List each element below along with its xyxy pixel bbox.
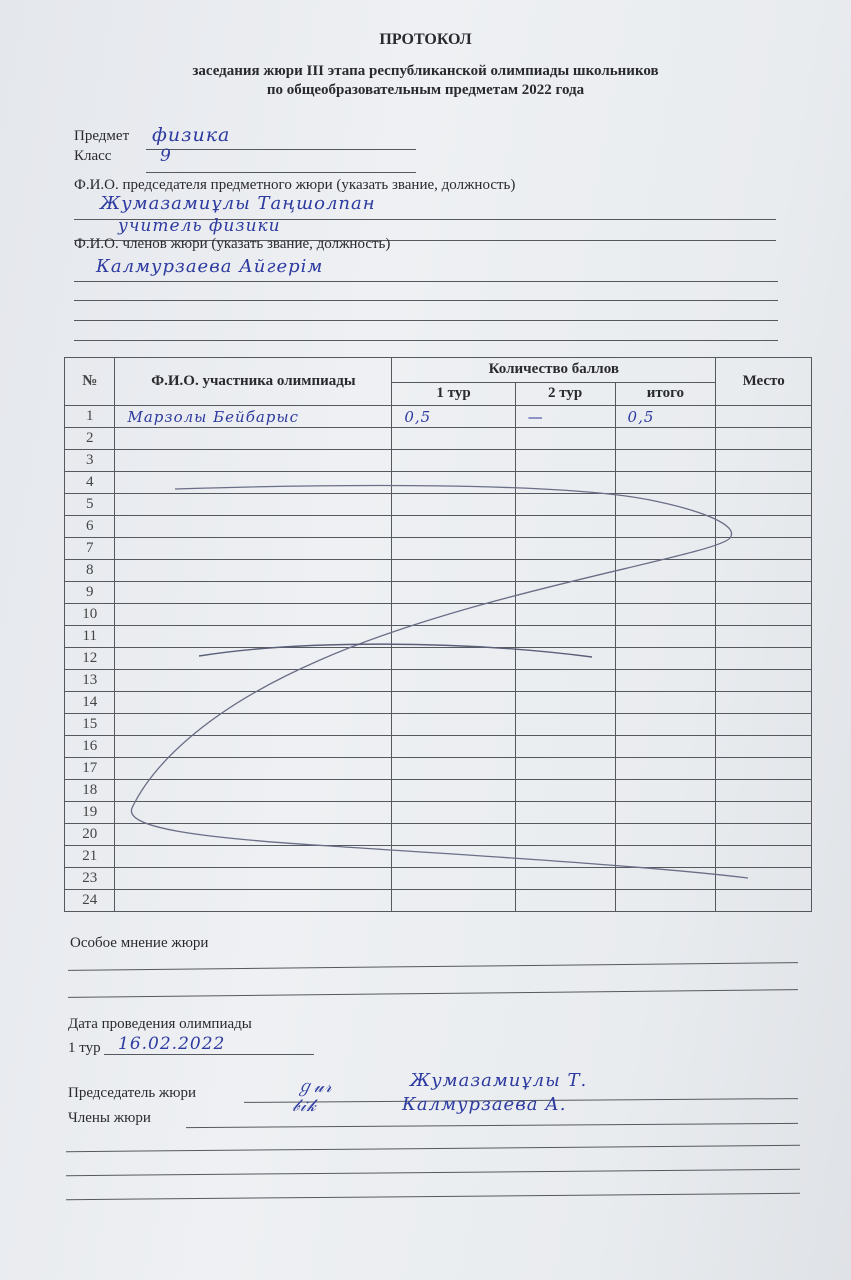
place-cell[interactable]	[716, 428, 812, 450]
place-cell[interactable]	[716, 692, 812, 714]
participant-name-cell[interactable]	[115, 824, 392, 846]
table-row: 23	[65, 868, 812, 890]
round2-score-cell[interactable]	[515, 560, 615, 582]
row-number: 8	[65, 560, 115, 582]
participant-name-cell[interactable]	[115, 714, 392, 736]
total-score-cell[interactable]	[615, 582, 716, 604]
round2-score-cell[interactable]	[515, 428, 615, 450]
round2-score-cell[interactable]	[515, 516, 615, 538]
table-row: 13	[65, 670, 812, 692]
round1-date-value[interactable]: 16.02.2022	[118, 1034, 225, 1054]
members-label: Ф.И.О. членов жюри (указать звание, долж…	[74, 236, 390, 253]
round2-score-cell[interactable]	[515, 802, 615, 824]
place-cell[interactable]	[716, 714, 812, 736]
row-number: 9	[65, 582, 115, 604]
chair-sign-label: Председатель жюри	[68, 1085, 196, 1102]
subject-label: Предмет	[74, 128, 129, 145]
round2-score-cell[interactable]	[515, 494, 615, 516]
round1-score-cell[interactable]	[392, 692, 515, 714]
row-number: 15	[65, 714, 115, 736]
total-score-cell[interactable]	[615, 714, 716, 736]
round1-score-cell[interactable]	[392, 846, 515, 868]
participant-name-cell[interactable]: Марзолы Бейбарыс	[115, 406, 392, 428]
round1-score-cell[interactable]	[392, 736, 515, 758]
total-score-cell[interactable]	[615, 472, 716, 494]
protocol-page: ПРОТОКОЛ заседания жюри III этапа респуб…	[0, 0, 851, 1280]
members-sign-label: Члены жюри	[68, 1110, 151, 1127]
place-cell[interactable]	[716, 450, 812, 472]
date-label: Дата проведения олимпиады	[68, 1016, 252, 1033]
round2-score-cell[interactable]	[515, 868, 615, 890]
round1-score-cell[interactable]	[392, 604, 515, 626]
class-underline	[146, 172, 416, 173]
header-round1: 1 тур	[392, 382, 515, 406]
total-score-cell[interactable]	[615, 802, 716, 824]
total-score-cell[interactable]	[615, 648, 716, 670]
table-row: 10	[65, 604, 812, 626]
header-score-group: Количество баллов	[392, 358, 716, 383]
table-row: 2	[65, 428, 812, 450]
members-line-3	[74, 320, 778, 321]
document-title: ПРОТОКОЛ	[0, 31, 851, 49]
row-number: 12	[65, 648, 115, 670]
table-row: 5	[65, 494, 812, 516]
class-label: Класс	[74, 148, 111, 165]
members-extra-line-1	[66, 1145, 800, 1152]
header-place: Место	[716, 358, 812, 406]
special-opinion-line-2[interactable]	[68, 989, 798, 998]
round2-score-cell[interactable]	[515, 714, 615, 736]
table-row: 24	[65, 890, 812, 912]
row-number: 13	[65, 670, 115, 692]
participant-name-cell[interactable]	[115, 472, 392, 494]
round2-score-cell[interactable]	[515, 538, 615, 560]
total-score-cell[interactable]	[615, 824, 716, 846]
table-row: 12	[65, 648, 812, 670]
round2-score-cell[interactable]	[515, 890, 615, 912]
round1-score-cell[interactable]	[392, 626, 515, 648]
round1-score-cell[interactable]	[392, 758, 515, 780]
round2-score-cell[interactable]	[515, 582, 615, 604]
member-name[interactable]: Калмурзаева Айгерім	[96, 256, 323, 277]
round1-score-cell[interactable]	[392, 494, 515, 516]
class-value[interactable]: 9	[160, 146, 172, 166]
participant-name-cell[interactable]	[115, 890, 392, 912]
place-cell[interactable]	[716, 802, 812, 824]
round1-date-underline	[104, 1054, 314, 1055]
table-row: 20	[65, 824, 812, 846]
participant-name-cell[interactable]	[115, 780, 392, 802]
round2-score-cell[interactable]	[515, 846, 615, 868]
participants-table: № Ф.И.О. участника олимпиады Количество …	[64, 357, 812, 912]
place-cell[interactable]	[716, 670, 812, 692]
round1-score-cell[interactable]	[392, 780, 515, 802]
table-row: 1Марзолы Бейбарыс0,5—0,5	[65, 406, 812, 428]
participant-name-cell[interactable]	[115, 758, 392, 780]
row-number: 1	[65, 406, 115, 428]
round2-score-cell[interactable]	[515, 670, 615, 692]
row-number: 4	[65, 472, 115, 494]
row-number: 24	[65, 890, 115, 912]
place-cell[interactable]	[716, 758, 812, 780]
total-score-cell[interactable]	[615, 736, 716, 758]
table-row: 17	[65, 758, 812, 780]
members-line-2	[74, 300, 778, 301]
chair-sign-value[interactable]: Жумазамиұлы Т.	[410, 1070, 587, 1091]
place-cell[interactable]	[716, 868, 812, 890]
table-row: 15	[65, 714, 812, 736]
participant-name-cell[interactable]	[115, 648, 392, 670]
row-number: 10	[65, 604, 115, 626]
table-row: 18	[65, 780, 812, 802]
round2-score-cell[interactable]: —	[515, 406, 615, 428]
total-score-cell[interactable]	[615, 890, 716, 912]
participant-name-cell[interactable]	[115, 670, 392, 692]
participant-name-cell[interactable]	[115, 846, 392, 868]
place-cell[interactable]	[716, 406, 812, 428]
total-score-cell[interactable]	[615, 494, 716, 516]
special-opinion-label: Особое мнение жюри	[70, 935, 208, 952]
row-number: 11	[65, 626, 115, 648]
participant-name-cell[interactable]	[115, 802, 392, 824]
chair-signature: ℊ𝓊𝓇	[296, 1072, 333, 1097]
participant-name-cell[interactable]	[115, 604, 392, 626]
table-row: 19	[65, 802, 812, 824]
row-number: 18	[65, 780, 115, 802]
round2-score-cell[interactable]	[515, 450, 615, 472]
total-score-cell[interactable]	[615, 560, 716, 582]
participant-name-cell[interactable]	[115, 450, 392, 472]
table-row: 4	[65, 472, 812, 494]
members-extra-line-3	[66, 1193, 800, 1200]
place-cell[interactable]	[716, 780, 812, 802]
table-row: 11	[65, 626, 812, 648]
row-number: 6	[65, 516, 115, 538]
document-subtitle: заседания жюри III этапа республиканской…	[0, 62, 851, 100]
round2-score-cell[interactable]	[515, 780, 615, 802]
row-number: 3	[65, 450, 115, 472]
header-round2: 2 тур	[515, 382, 615, 406]
members-extra-line-2	[66, 1169, 800, 1176]
round2-score-cell[interactable]	[515, 736, 615, 758]
round1-score-cell[interactable]	[392, 670, 515, 692]
round1-score-cell[interactable]	[392, 428, 515, 450]
participant-name-cell[interactable]	[115, 692, 392, 714]
participant-name-cell[interactable]	[115, 560, 392, 582]
row-number: 7	[65, 538, 115, 560]
round1-score-cell[interactable]	[392, 538, 515, 560]
place-cell[interactable]	[716, 538, 812, 560]
place-cell[interactable]	[716, 626, 812, 648]
table-row: 21	[65, 846, 812, 868]
header-total: итого	[615, 382, 716, 406]
table-row: 16	[65, 736, 812, 758]
header-name: Ф.И.О. участника олимпиады	[115, 358, 392, 406]
table-row: 3	[65, 450, 812, 472]
members-sign-value[interactable]: Калмурзаева А.	[402, 1094, 567, 1115]
round1-score-cell[interactable]	[392, 450, 515, 472]
round1-score-cell[interactable]	[392, 868, 515, 890]
table-body: 1Марзолы Бейбарыс0,5—0,52345678910111213…	[65, 406, 812, 912]
total-score-cell[interactable]	[615, 780, 716, 802]
total-score-cell[interactable]	[615, 846, 716, 868]
total-score-cell[interactable]	[615, 626, 716, 648]
round2-score-cell[interactable]	[515, 472, 615, 494]
table-row: 6	[65, 516, 812, 538]
round1-score-cell[interactable]	[392, 472, 515, 494]
members-line-1	[74, 281, 778, 282]
chair-position[interactable]: учитель физики	[118, 216, 281, 236]
total-score-cell[interactable]	[615, 538, 716, 560]
participant-name-cell[interactable]	[115, 428, 392, 450]
participant-name-cell[interactable]	[115, 582, 392, 604]
round1-score-cell[interactable]	[392, 582, 515, 604]
subtitle-line-1: заседания жюри III этапа республиканской…	[0, 62, 851, 81]
row-number: 20	[65, 824, 115, 846]
place-cell[interactable]	[716, 516, 812, 538]
subject-value[interactable]: физика	[152, 124, 230, 146]
participant-name-cell[interactable]	[115, 736, 392, 758]
table-row: 8	[65, 560, 812, 582]
total-score-cell[interactable]	[615, 758, 716, 780]
members-sign-line	[186, 1123, 798, 1128]
table-row: 14	[65, 692, 812, 714]
participant-name-cell[interactable]	[115, 494, 392, 516]
place-cell[interactable]	[716, 648, 812, 670]
place-cell[interactable]	[716, 890, 812, 912]
total-score-cell[interactable]: 0,5	[615, 406, 716, 428]
round1-score-cell[interactable]	[392, 890, 515, 912]
member-signature: 𝒷𝒾𝓀	[292, 1096, 317, 1116]
row-number: 2	[65, 428, 115, 450]
total-score-cell[interactable]	[615, 868, 716, 890]
place-cell[interactable]	[716, 494, 812, 516]
round1-score-cell[interactable]	[392, 648, 515, 670]
row-number: 5	[65, 494, 115, 516]
place-cell[interactable]	[716, 824, 812, 846]
place-cell[interactable]	[716, 560, 812, 582]
table-row: 7	[65, 538, 812, 560]
subtitle-line-2: по общеобразовательным предметам 2022 го…	[0, 81, 851, 100]
total-score-cell[interactable]	[615, 604, 716, 626]
header-number: №	[65, 358, 115, 406]
round1-score-cell[interactable]	[392, 714, 515, 736]
special-opinion-line-1[interactable]	[68, 962, 798, 971]
table-row: 9	[65, 582, 812, 604]
total-score-cell[interactable]	[615, 450, 716, 472]
round2-score-cell[interactable]	[515, 824, 615, 846]
round2-score-cell[interactable]	[515, 604, 615, 626]
row-number: 21	[65, 846, 115, 868]
place-cell[interactable]	[716, 736, 812, 758]
row-number: 23	[65, 868, 115, 890]
total-score-cell[interactable]	[615, 670, 716, 692]
chair-name[interactable]: Жумазамиұлы Таңшолпан	[100, 193, 376, 214]
participant-name-cell[interactable]	[115, 538, 392, 560]
place-cell[interactable]	[716, 604, 812, 626]
place-cell[interactable]	[716, 472, 812, 494]
row-number: 16	[65, 736, 115, 758]
subject-underline	[146, 149, 416, 150]
place-cell[interactable]	[716, 846, 812, 868]
round2-score-cell[interactable]	[515, 626, 615, 648]
place-cell[interactable]	[716, 582, 812, 604]
round1-score-cell[interactable]: 0,5	[392, 406, 515, 428]
chair-label: Ф.И.О. председателя предметного жюри (ук…	[74, 177, 515, 194]
participant-name-cell[interactable]	[115, 516, 392, 538]
row-number: 14	[65, 692, 115, 714]
round2-score-cell[interactable]	[515, 758, 615, 780]
total-score-cell[interactable]	[615, 516, 716, 538]
total-score-cell[interactable]	[615, 428, 716, 450]
round1-score-cell[interactable]	[392, 516, 515, 538]
row-number: 17	[65, 758, 115, 780]
participant-name-cell[interactable]	[115, 868, 392, 890]
round2-score-cell[interactable]	[515, 692, 615, 714]
round1-date-label: 1 тур	[68, 1040, 101, 1057]
row-number: 19	[65, 802, 115, 824]
members-line-4	[74, 340, 778, 341]
round1-score-cell[interactable]	[392, 802, 515, 824]
round1-score-cell[interactable]	[392, 824, 515, 846]
participant-name-cell[interactable]	[115, 626, 392, 648]
round1-score-cell[interactable]	[392, 560, 515, 582]
round2-score-cell[interactable]	[515, 648, 615, 670]
total-score-cell[interactable]	[615, 692, 716, 714]
